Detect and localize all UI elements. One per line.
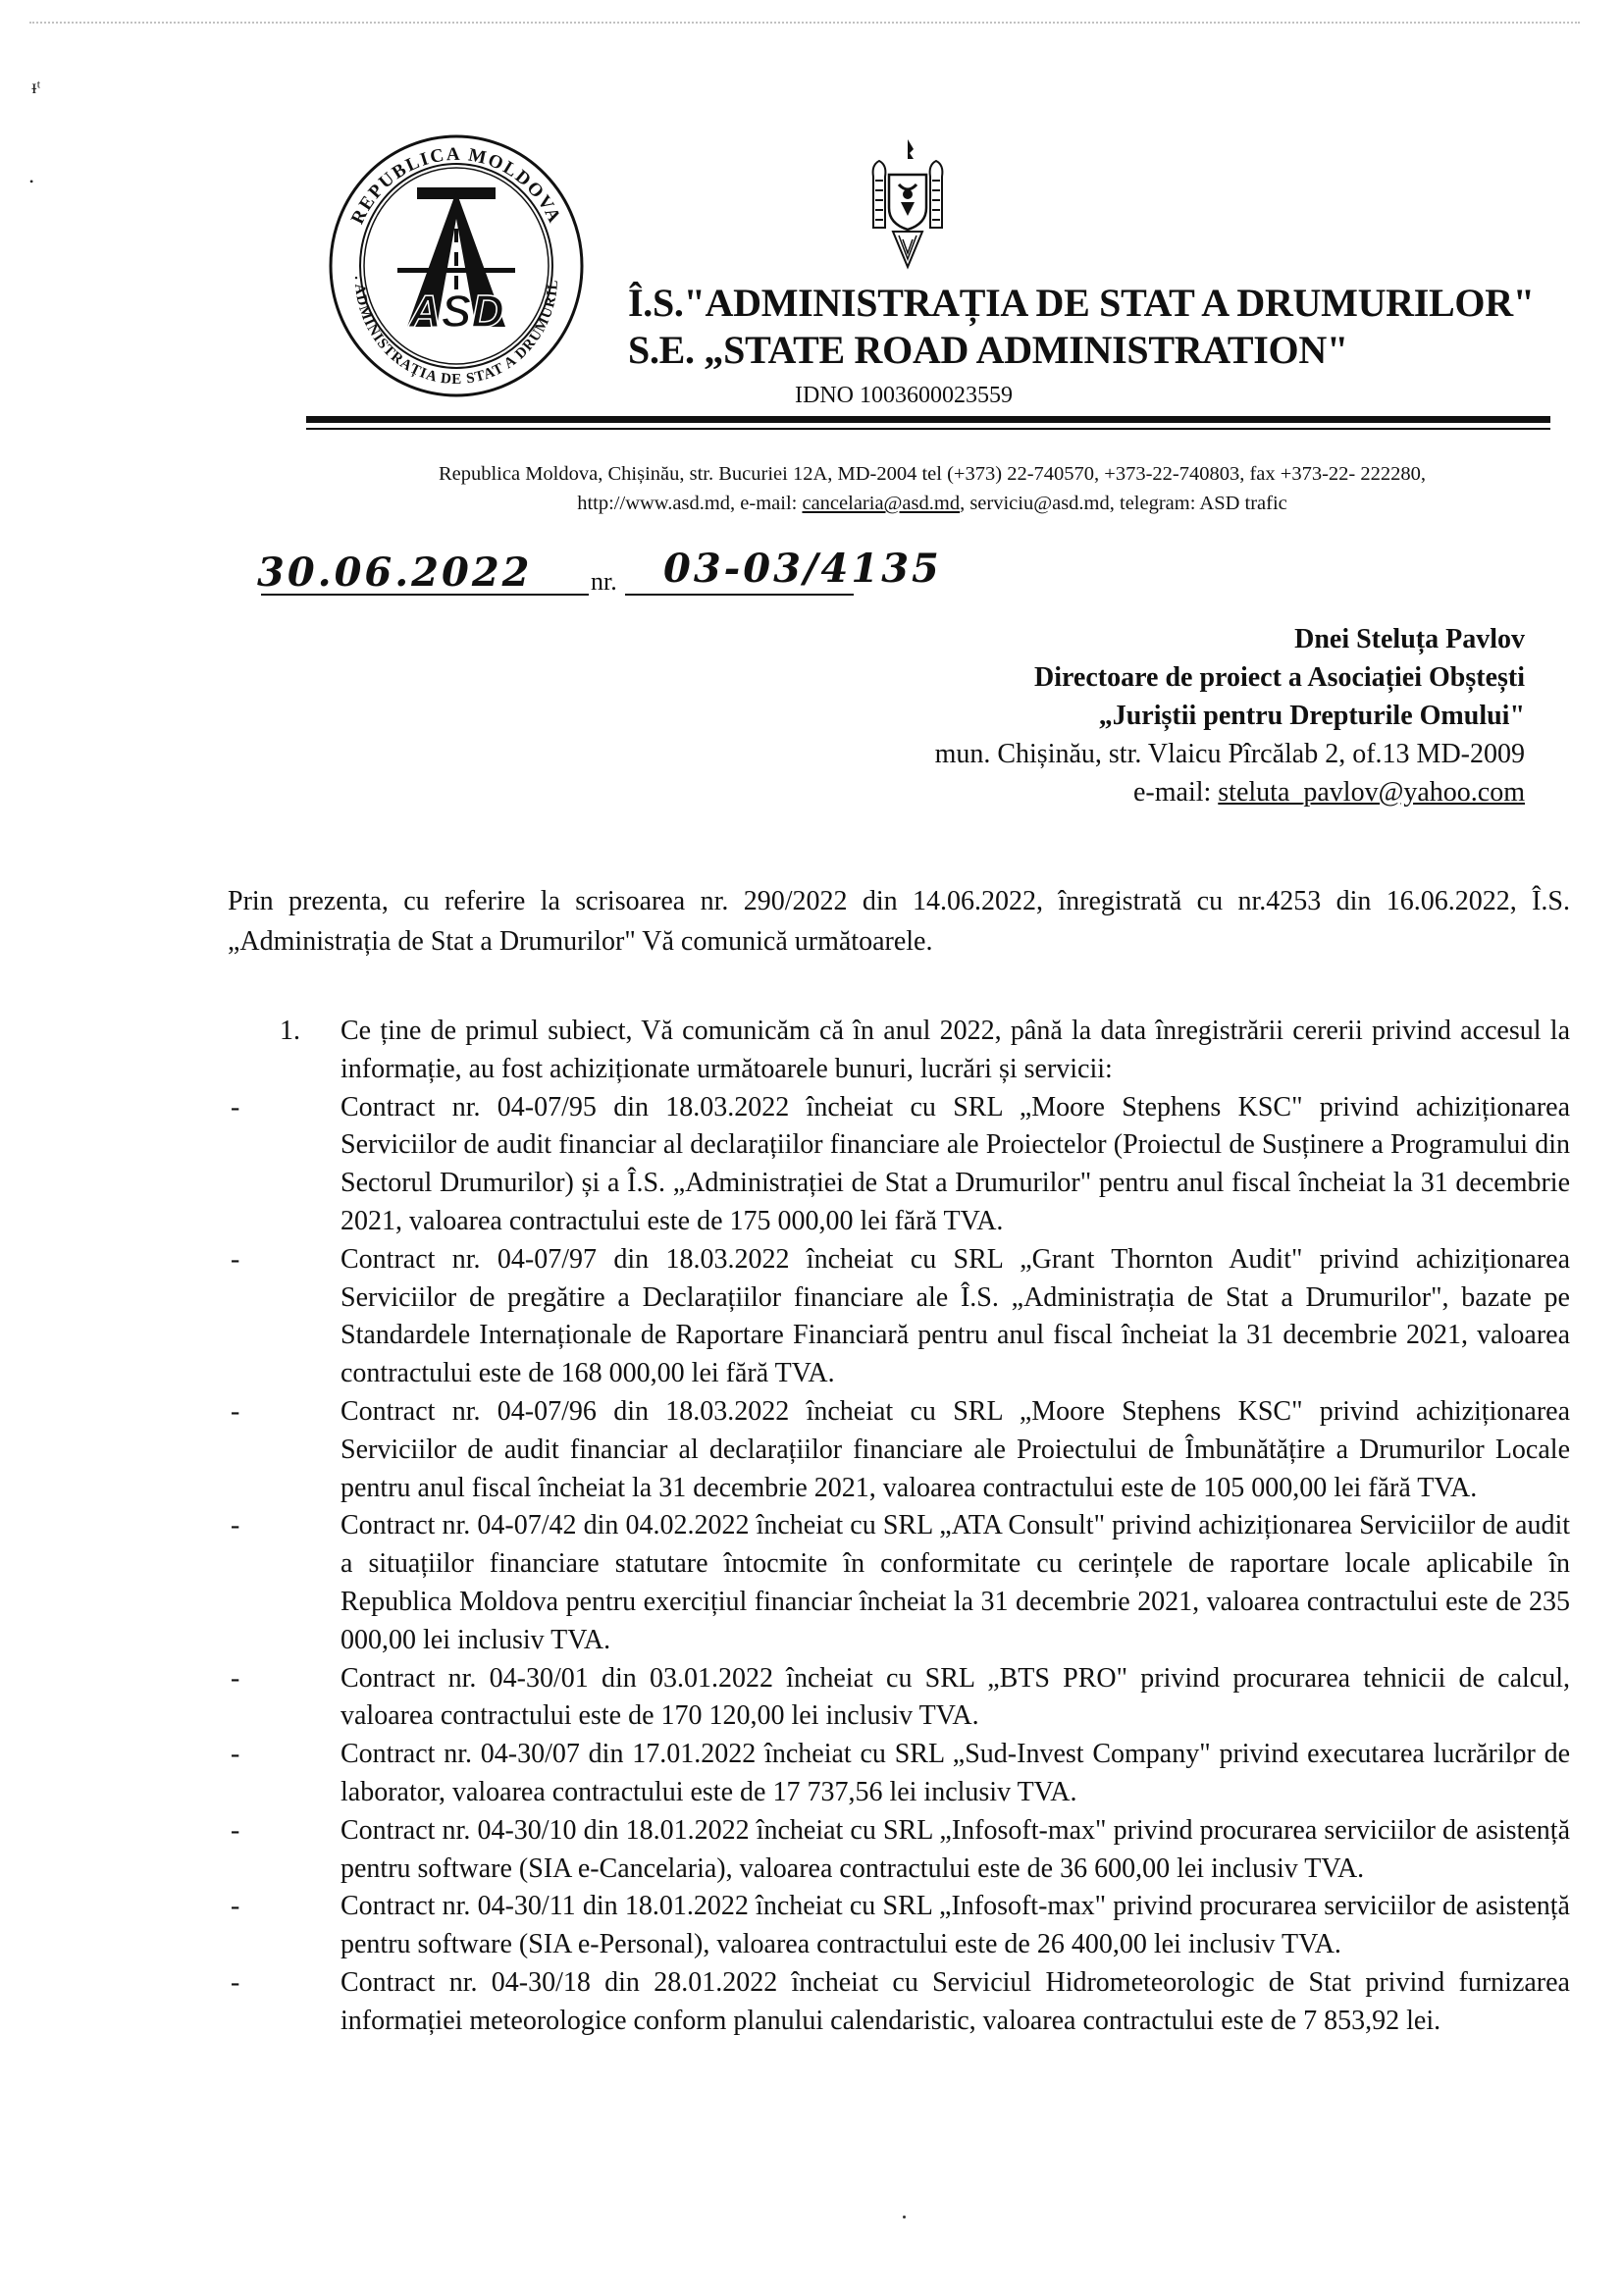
list-item-text: Contract nr. 04-07/97 din 18.03.2022 înc… — [340, 1241, 1570, 1393]
list-item-text: Ce ține de primul subiect, Vă comunicăm … — [340, 1013, 1570, 1089]
idno: IDNO 1003600023559 — [795, 383, 1013, 409]
list-item: -Contract nr. 04-30/18 din 28.01.2022 în… — [228, 1964, 1570, 2041]
list-dash: - — [231, 1241, 239, 1279]
list-dash: - — [231, 1736, 239, 1774]
list-item-text: Contract nr. 04-07/42 din 04.02.2022 înc… — [340, 1507, 1570, 1659]
org-name-ro: Î.S."ADMINISTRAȚIA DE STAT A DRUMURILOR" — [628, 280, 1535, 327]
scan-artifact-dot: • — [29, 175, 33, 189]
number-underline — [625, 594, 854, 596]
intro-paragraph: Prin prezenta, cu referire la scrisoarea… — [228, 881, 1570, 962]
list-dash: - — [231, 1089, 239, 1127]
list-item: -Contract nr. 04-30/11 din 18.01.2022 în… — [228, 1888, 1570, 1964]
list-item-text: Contract nr. 04-30/10 din 18.01.2022 înc… — [340, 1812, 1570, 1889]
scan-artifact-mark: ᵻᵗ — [31, 77, 40, 99]
list-dash: - — [231, 1888, 239, 1926]
recipient-name: Dnei Steluța Pavlov — [935, 620, 1525, 658]
scan-artifact-dot — [903, 2216, 906, 2218]
list-item-text: Contract nr. 04-30/07 din 17.01.2022 înc… — [340, 1736, 1570, 1812]
moldova-coat-of-arms-icon — [864, 137, 952, 275]
recipient-title: Directoare de proiect a Asociației Obște… — [935, 658, 1525, 697]
list-item: -Contract nr. 04-07/96 din 18.03.2022 în… — [228, 1393, 1570, 1507]
list-dash: - — [231, 1507, 239, 1545]
recipient-organization: „Juriștii pentru Drepturile Omului" — [935, 697, 1525, 735]
recipient-address: mun. Chișinău, str. Vlaicu Pîrcălab 2, o… — [935, 735, 1525, 773]
recipient-block: Dnei Steluța Pavlov Directoare de proiec… — [935, 620, 1525, 811]
svg-text:ASD: ASD — [407, 286, 503, 337]
email-link-cancelaria[interactable]: cancelaria@asd.md — [802, 493, 960, 514]
list-item: -Contract nr. 04-30/07 din 17.01.2022 în… — [228, 1736, 1570, 1812]
list-dash: - — [231, 1660, 239, 1698]
list-number: 1. — [280, 1013, 300, 1051]
list-item: -Contract nr. 04-30/01 din 03.01.2022 în… — [228, 1660, 1570, 1737]
list-item-text: Contract nr. 04-30/11 din 18.01.2022 înc… — [340, 1888, 1570, 1964]
list-item-text: Contract nr. 04-30/01 din 03.01.2022 înc… — [340, 1660, 1570, 1737]
handwritten-date: 30.06.2022 — [257, 549, 533, 596]
list-item-text: Contract nr. 04-07/96 din 18.03.2022 înc… — [340, 1393, 1570, 1507]
numbered-paragraph: 1.Ce ține de primul subiect, Vă comunică… — [228, 1013, 1570, 1089]
address-line-2: http://www.asd.md, e-mail: cancelaria@as… — [294, 489, 1570, 518]
letterhead-rule-thin — [306, 428, 1550, 430]
scan-artifact-dot — [1514, 1761, 1517, 1764]
date-underline — [261, 594, 589, 596]
letterhead-title: Î.S."ADMINISTRAȚIA DE STAT A DRUMURILOR"… — [628, 280, 1535, 374]
list-item: -Contract nr. 04-07/42 din 04.02.2022 în… — [228, 1507, 1570, 1659]
letterhead-rule — [306, 416, 1550, 423]
list-item: -Contract nr. 04-07/95 din 18.03.2022 în… — [228, 1089, 1570, 1241]
list-item-text: Contract nr. 04-30/18 din 28.01.2022 înc… — [340, 1964, 1570, 2041]
list-dash: - — [231, 1812, 239, 1851]
number-label: nr. — [591, 567, 617, 597]
address-line-1: Republica Moldova, Chișinău, str. Bucuri… — [294, 459, 1570, 489]
contract-list: 1.Ce ține de primul subiect, Vă comunică… — [228, 1013, 1570, 2041]
list-dash: - — [231, 1964, 239, 2003]
list-item: -Contract nr. 04-07/97 din 18.03.2022 în… — [228, 1241, 1570, 1393]
asd-seal-logo-icon: REPUBLICA MOLDOVA Î.S. ADMINISTRAȚIA DE … — [324, 130, 589, 400]
list-item-text: Contract nr. 04-07/95 din 18.03.2022 înc… — [340, 1089, 1570, 1241]
org-name-en: S.E. „STATE ROAD ADMINISTRATION" — [628, 327, 1535, 374]
list-item: -Contract nr. 04-30/10 din 18.01.2022 în… — [228, 1812, 1570, 1889]
handwritten-registration-number: 03-03/4135 — [663, 546, 942, 592]
scan-artifact-line — [29, 22, 1580, 26]
recipient-email-link[interactable]: steluta_pavlov@yahoo.com — [1218, 777, 1525, 808]
recipient-email-line: e-mail: steluta_pavlov@yahoo.com — [935, 773, 1525, 811]
letterhead-address: Republica Moldova, Chișinău, str. Bucuri… — [294, 459, 1570, 518]
list-dash: - — [231, 1393, 239, 1432]
